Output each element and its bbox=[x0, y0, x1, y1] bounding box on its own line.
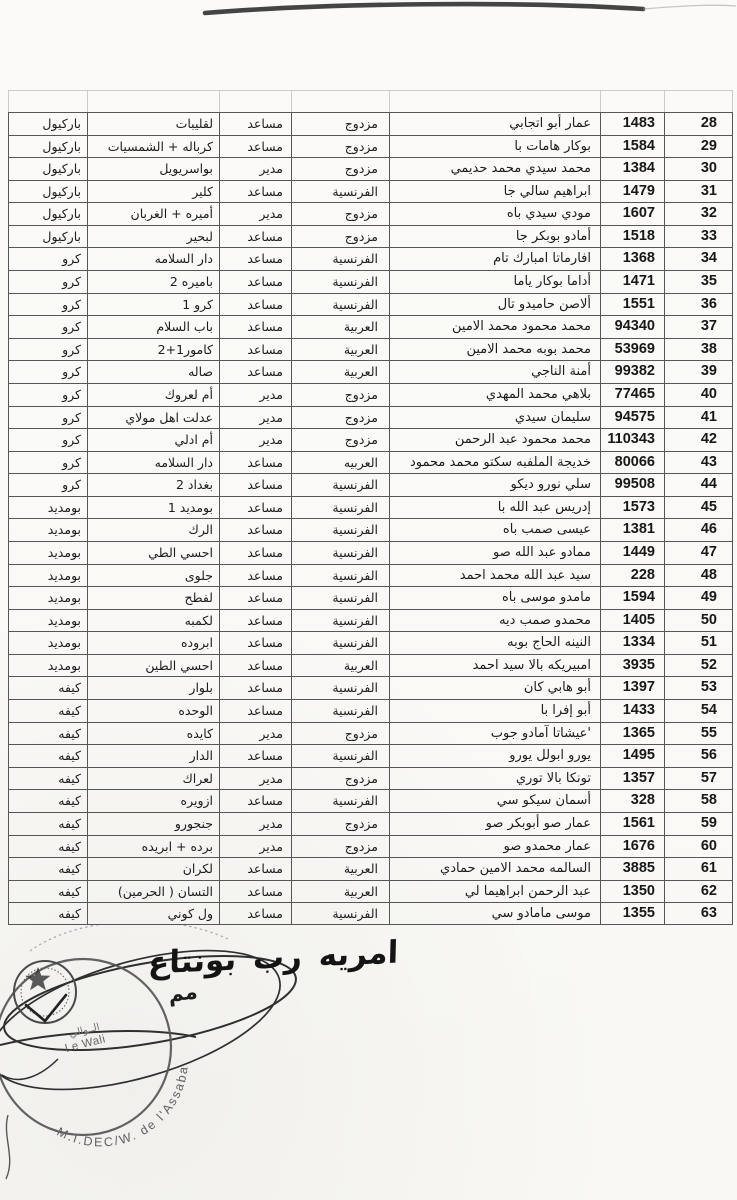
cell-role: مساعد bbox=[220, 902, 292, 925]
cell-role: مساعد bbox=[220, 654, 292, 677]
cell-id: 99508 bbox=[601, 473, 665, 496]
cell-region: بومديد bbox=[8, 496, 88, 519]
cell-name: محمد محمود محمد الامين bbox=[390, 315, 601, 338]
cell-school: كرباله + الشمسيات bbox=[88, 135, 220, 158]
table-row: باركيوللقليباتمساعدمزدوجعمار أبو اتجابي1… bbox=[8, 112, 733, 135]
cell-number: 49 bbox=[665, 586, 733, 609]
cell-id: 1594 bbox=[601, 586, 665, 609]
table-row: كيفهالوحدهمساعدالفرنسيةأبو إفرا با143354 bbox=[8, 699, 733, 722]
cell-school: لعراك bbox=[88, 767, 220, 790]
cell-number: 42 bbox=[665, 428, 733, 451]
cell-id: 1368 bbox=[601, 247, 665, 270]
table-row: كيفهبلوارمساعدالفرنسيةأبو هابي كان139753 bbox=[8, 676, 733, 699]
cell-region: كيفه bbox=[8, 676, 88, 699]
cell-language: الفرنسية bbox=[292, 518, 390, 541]
cell-id: 1584 bbox=[601, 135, 665, 158]
cell-school: كامور1+2 bbox=[88, 338, 220, 361]
cell-name: سيد عبد الله محمد احمد bbox=[390, 564, 601, 587]
cell-id: 328 bbox=[601, 789, 665, 812]
cell-region: كرو bbox=[8, 338, 88, 361]
cell-name: أمنة الناجي bbox=[390, 360, 601, 383]
cell-id: 1561 bbox=[601, 812, 665, 835]
cell-language: العربية bbox=[292, 654, 390, 677]
table-row: كروبغداد 2مساعدالفرنسيةسلي نورو ديكو9950… bbox=[8, 473, 733, 496]
cell-role: مدير bbox=[220, 202, 292, 225]
table-row: كرودار السلامهمساعدالفرنسيةافارماتا امبا… bbox=[8, 247, 733, 270]
cell-region: بومديد bbox=[8, 631, 88, 654]
cell-school: كايده bbox=[88, 722, 220, 745]
cell-school: باب السلام bbox=[88, 315, 220, 338]
cell-role: مدير bbox=[220, 767, 292, 790]
cell-language: الفرنسية bbox=[292, 744, 390, 767]
table-row: بومديدابرودهمساعدالفرنسيةالنينه الحاج بو… bbox=[8, 631, 733, 654]
cell-language: الفرنسية bbox=[292, 293, 390, 316]
table-row: كيفهالتسان ( الحرمين)مساعدالعربيةعبد الر… bbox=[8, 880, 733, 903]
cell-school: لفطح bbox=[88, 586, 220, 609]
cell-name: ابراهيم سالي جا bbox=[390, 180, 601, 203]
cell-role: مساعد bbox=[220, 338, 292, 361]
cell-id: 1334 bbox=[601, 631, 665, 654]
cell-number: 43 bbox=[665, 451, 733, 474]
cell-region: كيفه bbox=[8, 789, 88, 812]
cell-name: امبيريكه بالا سيد احمد bbox=[390, 654, 601, 677]
cell-id: 1365 bbox=[601, 722, 665, 745]
cell-name: عمار صو أبوبكر صو bbox=[390, 812, 601, 835]
cell-language: الفرنسية bbox=[292, 496, 390, 519]
cell-name: النينه الحاج بوبه bbox=[390, 631, 601, 654]
cell-number: 28 bbox=[665, 112, 733, 135]
cell-region: باركيول bbox=[8, 112, 88, 135]
cell-language: الفرنسية bbox=[292, 473, 390, 496]
cell-language: مزدوج bbox=[292, 135, 390, 158]
cell-id: 1607 bbox=[601, 202, 665, 225]
cell-role: مساعد bbox=[220, 180, 292, 203]
cell-id: 1483 bbox=[601, 112, 665, 135]
cell-region: كرو bbox=[8, 360, 88, 383]
cell-role: مساعد bbox=[220, 247, 292, 270]
cell-language: الفرنسية bbox=[292, 609, 390, 632]
cell-number: 40 bbox=[665, 383, 733, 406]
cell-language: الفرنسية bbox=[292, 676, 390, 699]
cell-language: الفرنسية bbox=[292, 247, 390, 270]
cell-name: محمد سيدي محمد حديمي bbox=[390, 157, 601, 180]
cell-region: بومديد bbox=[8, 609, 88, 632]
cell-region: كرو bbox=[8, 383, 88, 406]
cell-role bbox=[220, 90, 292, 112]
cell-school: ول كوني bbox=[88, 902, 220, 925]
cell-language: الفرنسية bbox=[292, 699, 390, 722]
cell-school: جلوى bbox=[88, 564, 220, 587]
cell-name: محمد بوبه محمد الامين bbox=[390, 338, 601, 361]
cell-number bbox=[665, 90, 733, 112]
cell-number: 57 bbox=[665, 767, 733, 790]
cell-number: 59 bbox=[665, 812, 733, 835]
cell-name: أمادو بوبكر جا bbox=[390, 225, 601, 248]
stamp-arc-text: M.I.DEC/W. de l'Assaba bbox=[49, 1059, 211, 1172]
cell-number: 54 bbox=[665, 699, 733, 722]
cell-id: 77465 bbox=[601, 383, 665, 406]
cell-role: مدير bbox=[220, 428, 292, 451]
cell-name: عبد الرحمن ابراهيما لي bbox=[390, 880, 601, 903]
scan-artifact-line bbox=[0, 0, 737, 30]
table-row: كيفهبرده + ابريدهمديرمزدوجعمار محمدو صو1… bbox=[8, 835, 733, 858]
cell-school: بغداد 2 bbox=[88, 473, 220, 496]
cell-language: مزدوج bbox=[292, 767, 390, 790]
cell-school: جنجورو bbox=[88, 812, 220, 835]
cell-role: مدير bbox=[220, 835, 292, 858]
cell-name: إدريس عبد الله با bbox=[390, 496, 601, 519]
cell-number: 31 bbox=[665, 180, 733, 203]
cell-region: كرو bbox=[8, 293, 88, 316]
cell-region: كرو bbox=[8, 315, 88, 338]
cell-language: مزدوج bbox=[292, 812, 390, 835]
cell-school: ازويره bbox=[88, 789, 220, 812]
cell-school: عدلت اهل مولاي bbox=[88, 406, 220, 429]
cell-name: عمار أبو اتجابي bbox=[390, 112, 601, 135]
table-row: باركيولأميره + الغربانمديرمزدوجمودي سيدي… bbox=[8, 202, 733, 225]
cell-language: مزدوج bbox=[292, 406, 390, 429]
table-row: كيفهازويرهمساعدالفرنسيةأسمان سيكو سي3285… bbox=[8, 789, 733, 812]
cell-school: احسي الطين bbox=[88, 654, 220, 677]
cell-number: 39 bbox=[665, 360, 733, 383]
cell-number: 30 bbox=[665, 157, 733, 180]
cell-number: 37 bbox=[665, 315, 733, 338]
cell-language: الفرنسية bbox=[292, 789, 390, 812]
cell-language: مزدوج bbox=[292, 202, 390, 225]
cell-number: 41 bbox=[665, 406, 733, 429]
cell-id: 1479 bbox=[601, 180, 665, 203]
cell-school: دار السلامه bbox=[88, 247, 220, 270]
cell-region: كيفه bbox=[8, 857, 88, 880]
table-row: كروباميره 2مساعدالفرنسيةأداما بوكار ياما… bbox=[8, 270, 733, 293]
cell-language: العربية bbox=[292, 315, 390, 338]
cell-school: باميره 2 bbox=[88, 270, 220, 293]
cell-region: باركيول bbox=[8, 225, 88, 248]
cell-number: 33 bbox=[665, 225, 733, 248]
cell-name: محمد محمود عبد الرحمن bbox=[390, 428, 601, 451]
table-row: كروكامور1+2مساعدالعربيةمحمد بوبه محمد ال… bbox=[8, 338, 733, 361]
cell-number: 53 bbox=[665, 676, 733, 699]
cell-number: 44 bbox=[665, 473, 733, 496]
cell-region: باركيول bbox=[8, 135, 88, 158]
cell-role: مساعد bbox=[220, 744, 292, 767]
cell-region: كيفه bbox=[8, 812, 88, 835]
table-row: كروأم ادليمديرمزدوجمحمد محمود عبد الرحمن… bbox=[8, 428, 733, 451]
cell-school: الرك bbox=[88, 518, 220, 541]
cell-role: مساعد bbox=[220, 699, 292, 722]
table-row: كروعدلت اهل مولايمديرمزدوجسليمان سيدي945… bbox=[8, 406, 733, 429]
cell-role: مساعد bbox=[220, 135, 292, 158]
cell-role: مساعد bbox=[220, 518, 292, 541]
cell-region: كيفه bbox=[8, 722, 88, 745]
cell-region: باركيول bbox=[8, 180, 88, 203]
cell-language: الفرنسية bbox=[292, 631, 390, 654]
table-row: كروباب السلاممساعدالعربيةمحمد محمود محمد… bbox=[8, 315, 733, 338]
cell-school: لبحير bbox=[88, 225, 220, 248]
table-row: كروأم لعروكمديرمزدوجبلاهي محمد المهدي774… bbox=[8, 383, 733, 406]
cell-number: 51 bbox=[665, 631, 733, 654]
cell-name: موسى مامادو سي bbox=[390, 902, 601, 925]
cell-language: الفرنسية bbox=[292, 586, 390, 609]
cell-name: أداما بوكار ياما bbox=[390, 270, 601, 293]
table-row: كيفهلكرانمساعدالعربيةالسالمه محمد الامين… bbox=[8, 857, 733, 880]
cell-region: بومديد bbox=[8, 564, 88, 587]
cell-region: باركيول bbox=[8, 202, 88, 225]
cell-id: 1573 bbox=[601, 496, 665, 519]
cell-school: أم لعروك bbox=[88, 383, 220, 406]
cell-number: 46 bbox=[665, 518, 733, 541]
cell-number: 56 bbox=[665, 744, 733, 767]
star-icon bbox=[26, 967, 51, 990]
cell-region: كيفه bbox=[8, 767, 88, 790]
handwritten-mark: مم bbox=[167, 979, 199, 1006]
cell-number: 47 bbox=[665, 541, 733, 564]
cell-id: 1551 bbox=[601, 293, 665, 316]
cell-role: مدير bbox=[220, 157, 292, 180]
cell-role: مدير bbox=[220, 722, 292, 745]
cell-school: لكمبه bbox=[88, 609, 220, 632]
cell-school: احسي الطي bbox=[88, 541, 220, 564]
cell-id: 1433 bbox=[601, 699, 665, 722]
cell-id bbox=[601, 90, 665, 112]
cell-id: 53969 bbox=[601, 338, 665, 361]
table-row: بومديداحسي الطيمساعدالفرنسيةممادو عبد ال… bbox=[8, 541, 733, 564]
cell-name: ممادو عبد الله صو bbox=[390, 541, 601, 564]
cell-name: عيسى صمب باه bbox=[390, 518, 601, 541]
cell-role: مساعد bbox=[220, 315, 292, 338]
cell-language: مزدوج bbox=[292, 835, 390, 858]
cell-number: 34 bbox=[665, 247, 733, 270]
table-row: بومديداحسي الطينمساعدالعربيةامبيريكه بال… bbox=[8, 654, 733, 677]
cell-school: التسان ( الحرمين) bbox=[88, 880, 220, 903]
cell-number: 62 bbox=[665, 880, 733, 903]
cell-role: مساعد bbox=[220, 451, 292, 474]
cell-number: 58 bbox=[665, 789, 733, 812]
cell-school: كلير bbox=[88, 180, 220, 203]
cell-number: 61 bbox=[665, 857, 733, 880]
table-row: كيفهكايدهمديرمزدوج'عيشاتا آمادو جوب13655… bbox=[8, 722, 733, 745]
table-row: باركيوللبحيرمساعدمزدوجأمادو بوبكر جا1518… bbox=[8, 225, 733, 248]
cell-id: 1676 bbox=[601, 835, 665, 858]
cell-number: 52 bbox=[665, 654, 733, 677]
cell-name: سلي نورو ديكو bbox=[390, 473, 601, 496]
cell-school: الدار bbox=[88, 744, 220, 767]
cell-language: الفرنسية bbox=[292, 902, 390, 925]
cell-language: العربية bbox=[292, 360, 390, 383]
cell-language: مزدوج bbox=[292, 722, 390, 745]
cell-name: بلاهي محمد المهدي bbox=[390, 383, 601, 406]
cell-id: 1350 bbox=[601, 880, 665, 903]
cell-id: 80066 bbox=[601, 451, 665, 474]
table-row: باركيولكرباله + الشمسياتمساعدمزدوجبوكار … bbox=[8, 135, 733, 158]
cell-role: مساعد bbox=[220, 112, 292, 135]
cell-language: الفرنسية bbox=[292, 180, 390, 203]
table-row: كروكرو 1مساعدالفرنسيةألاصن حاميدو تال155… bbox=[8, 293, 733, 316]
cell-number: 36 bbox=[665, 293, 733, 316]
cell-id: 1518 bbox=[601, 225, 665, 248]
cell-id: 1405 bbox=[601, 609, 665, 632]
cell-region: كيفه bbox=[8, 699, 88, 722]
cell-school: بلوار bbox=[88, 676, 220, 699]
cell-role: مساعد bbox=[220, 880, 292, 903]
cell-role: مدير bbox=[220, 383, 292, 406]
staff-table: باركيوللقليباتمساعدمزدوجعمار أبو اتجابي1… bbox=[8, 90, 733, 925]
cell-language bbox=[292, 90, 390, 112]
cell-school: أم ادلي bbox=[88, 428, 220, 451]
cell-region: بومديد bbox=[8, 541, 88, 564]
cell-region: بومديد bbox=[8, 586, 88, 609]
cell-id: 110343 bbox=[601, 428, 665, 451]
cell-role: مدير bbox=[220, 812, 292, 835]
cell-language: مزدوج bbox=[292, 383, 390, 406]
table-row: بومديدجلوىمساعدالفرنسيةسيد عبد الله محمد… bbox=[8, 564, 733, 587]
cell-number: 55 bbox=[665, 722, 733, 745]
cell-role: مساعد bbox=[220, 496, 292, 519]
cell-id: 1449 bbox=[601, 541, 665, 564]
cell-name: ألاصن حاميدو تال bbox=[390, 293, 601, 316]
cell-language: الفرنسية bbox=[292, 564, 390, 587]
cell-number: 63 bbox=[665, 902, 733, 925]
cell-role: مساعد bbox=[220, 293, 292, 316]
cell-number: 60 bbox=[665, 835, 733, 858]
table-row: بومديدلفطحمساعدالفرنسيةمامدو موسى باه159… bbox=[8, 586, 733, 609]
table-row: بومديدبومديد 1مساعدالفرنسيةإدريس عبد الل… bbox=[8, 496, 733, 519]
cell-school: كرو 1 bbox=[88, 293, 220, 316]
cell-school: بواسريويل bbox=[88, 157, 220, 180]
cell-number: 45 bbox=[665, 496, 733, 519]
cell-role: مساعد bbox=[220, 473, 292, 496]
cell-region: بومديد bbox=[8, 654, 88, 677]
cell-region: كرو bbox=[8, 406, 88, 429]
cell-language: العربيه bbox=[292, 451, 390, 474]
cell-id: 99382 bbox=[601, 360, 665, 383]
cell-region: كرو bbox=[8, 451, 88, 474]
cell-id: 1355 bbox=[601, 902, 665, 925]
cell-role: مساعد bbox=[220, 586, 292, 609]
cell-language: العربية bbox=[292, 880, 390, 903]
cell-name: تونكا بالا توري bbox=[390, 767, 601, 790]
cell-role: مساعد bbox=[220, 676, 292, 699]
cell-language: مزدوج bbox=[292, 225, 390, 248]
cell-school: لقليبات bbox=[88, 112, 220, 135]
cell-name: بوكار هامات با bbox=[390, 135, 601, 158]
cell-id: 3935 bbox=[601, 654, 665, 677]
cell-name: أبو إفرا با bbox=[390, 699, 601, 722]
cell-role: مساعد bbox=[220, 360, 292, 383]
cell-school: برده + ابريده bbox=[88, 835, 220, 858]
cell-role: مساعد bbox=[220, 541, 292, 564]
cell-name: السالمه محمد الامين حمادي bbox=[390, 857, 601, 880]
cell-number: 38 bbox=[665, 338, 733, 361]
cell-number: 29 bbox=[665, 135, 733, 158]
cell-id: 94340 bbox=[601, 315, 665, 338]
cell-school: ابروده bbox=[88, 631, 220, 654]
table-row: كرودار السلامهمساعدالعربيهخديجة الملفبه … bbox=[8, 451, 733, 474]
cell-language: مزدوج bbox=[292, 157, 390, 180]
cell-id: 1357 bbox=[601, 767, 665, 790]
cell-school: بومديد 1 bbox=[88, 496, 220, 519]
cell-language: الفرنسية bbox=[292, 541, 390, 564]
cell-name: مامدو موسى باه bbox=[390, 586, 601, 609]
cell-language: مزدوج bbox=[292, 112, 390, 135]
cell-school: لكران bbox=[88, 857, 220, 880]
scanned-document-page: { "page": { "paper_color": "#fbfaf8", "i… bbox=[0, 0, 737, 1200]
cell-id: 228 bbox=[601, 564, 665, 587]
cell-region bbox=[8, 90, 88, 112]
cell-id: 1495 bbox=[601, 744, 665, 767]
table-row: كيفهالدارمساعدالفرنسيةيورو ابولل يورو149… bbox=[8, 744, 733, 767]
cell-region: بومديد bbox=[8, 518, 88, 541]
table-row: بومديدالركمساعدالفرنسيةعيسى صمب باه13814… bbox=[8, 518, 733, 541]
cell-number: 50 bbox=[665, 609, 733, 632]
cell-language: الفرنسية bbox=[292, 270, 390, 293]
table-row: باركيولبواسريويلمديرمزدوجمحمد سيدي محمد … bbox=[8, 157, 733, 180]
cell-language: مزدوج bbox=[292, 428, 390, 451]
cell-number: 32 bbox=[665, 202, 733, 225]
cell-school: أميره + الغربان bbox=[88, 202, 220, 225]
cell-school: الوحده bbox=[88, 699, 220, 722]
cell-name bbox=[390, 90, 601, 112]
cell-number: 35 bbox=[665, 270, 733, 293]
cell-id: 1381 bbox=[601, 518, 665, 541]
cell-name: افارماتا امبارك تام bbox=[390, 247, 601, 270]
cell-role: مساعد bbox=[220, 609, 292, 632]
cell-region: كيفه bbox=[8, 835, 88, 858]
cell-region: كرو bbox=[8, 428, 88, 451]
cell-school: صاله bbox=[88, 360, 220, 383]
table-row: كيفهلعراكمديرمزدوجتونكا بالا توري135757 bbox=[8, 767, 733, 790]
cell-role: مساعد bbox=[220, 225, 292, 248]
cell-region: كرو bbox=[8, 270, 88, 293]
cell-name: خديجة الملفبه سكتو محمد محمود bbox=[390, 451, 601, 474]
cell-region: كرو bbox=[8, 473, 88, 496]
cell-role: مساعد bbox=[220, 564, 292, 587]
table-row: بومديدلكمبهمساعدالفرنسيةمحمدو صمب ديه140… bbox=[8, 609, 733, 632]
cell-name: محمدو صمب ديه bbox=[390, 609, 601, 632]
cell-region: كيفه bbox=[8, 744, 88, 767]
cell-region: كرو bbox=[8, 247, 88, 270]
cell-name: مودي سيدي باه bbox=[390, 202, 601, 225]
cell-role: مساعد bbox=[220, 270, 292, 293]
cell-role: مساعد bbox=[220, 857, 292, 880]
faded-empty-row bbox=[8, 90, 733, 112]
cell-id: 1471 bbox=[601, 270, 665, 293]
table-row: كيفهول كونيمساعدالفرنسيةموسى مامادو سي13… bbox=[8, 902, 733, 925]
cell-number: 48 bbox=[665, 564, 733, 587]
cell-name: عمار محمدو صو bbox=[390, 835, 601, 858]
cell-language: العربية bbox=[292, 338, 390, 361]
svg-text:M.I.DEC/W. de l'Assaba: M.I.DEC/W. de l'Assaba bbox=[49, 1059, 211, 1172]
cell-language: العربية bbox=[292, 857, 390, 880]
cell-id: 3885 bbox=[601, 857, 665, 880]
table-row: كيفهجنجورومديرمزدوجعمار صو أبوبكر صو1561… bbox=[8, 812, 733, 835]
cell-school: دار السلامه bbox=[88, 451, 220, 474]
cell-name: أبو هابي كان bbox=[390, 676, 601, 699]
cell-name: 'عيشاتا آمادو جوب bbox=[390, 722, 601, 745]
cell-role: مدير bbox=[220, 406, 292, 429]
cell-id: 1397 bbox=[601, 676, 665, 699]
cell-name: يورو ابولل يورو bbox=[390, 744, 601, 767]
cell-region: باركيول bbox=[8, 157, 88, 180]
cell-id: 94575 bbox=[601, 406, 665, 429]
table-row: كروصالهمساعدالعربيةأمنة الناجي9938239 bbox=[8, 360, 733, 383]
cell-name: سليمان سيدي bbox=[390, 406, 601, 429]
cell-id: 1384 bbox=[601, 157, 665, 180]
cell-role: مساعد bbox=[220, 631, 292, 654]
cell-role: مساعد bbox=[220, 789, 292, 812]
cell-region: كيفه bbox=[8, 880, 88, 903]
cell-region: كيفه bbox=[8, 902, 88, 925]
